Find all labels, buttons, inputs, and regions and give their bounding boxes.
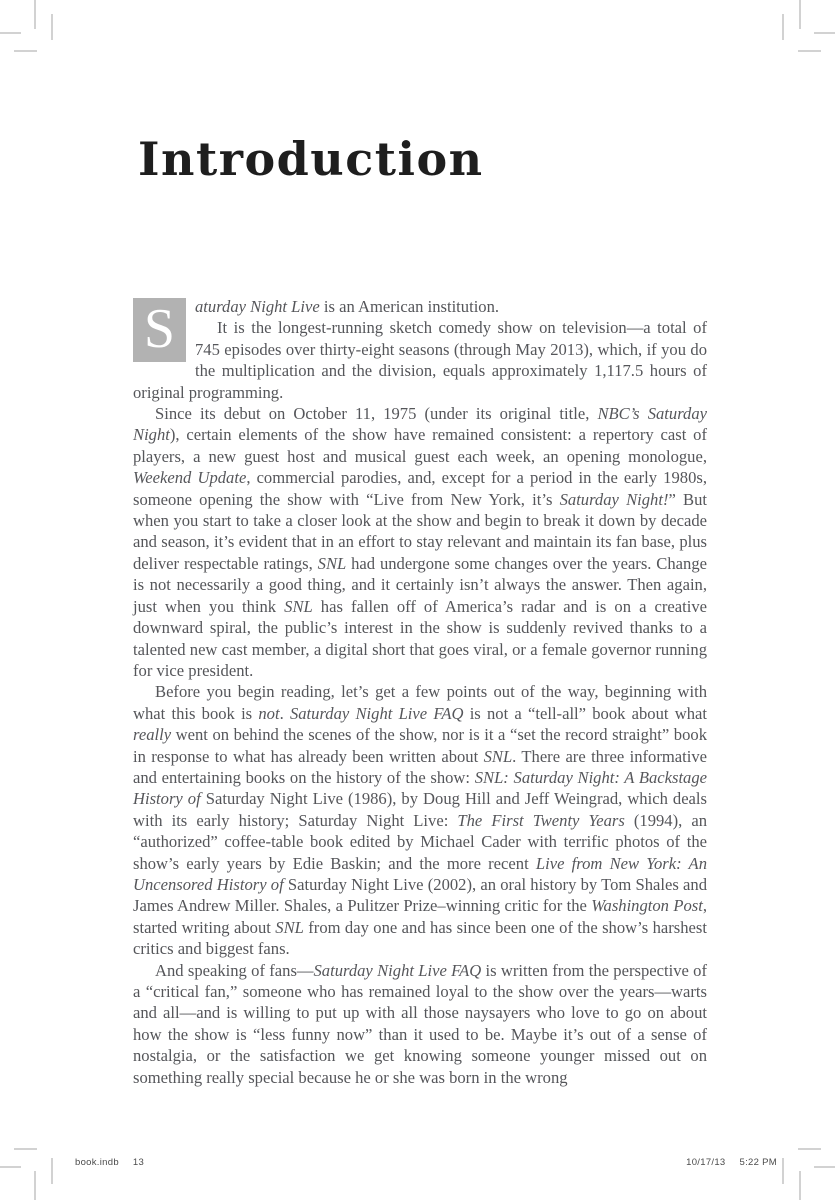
- book-page: Introduction S aturday Night Live is an …: [0, 0, 835, 1200]
- italic-run: Washington Post: [591, 896, 703, 915]
- italic-run: Saturday Night!: [560, 490, 669, 509]
- footer-page-number: 13: [133, 1157, 144, 1168]
- crop-mark: [814, 32, 835, 34]
- paragraph: Before you begin reading, let’s get a fe…: [133, 681, 707, 959]
- footer-filename: book.indb: [75, 1157, 119, 1168]
- crop-mark: [782, 14, 784, 40]
- crop-mark: [34, 0, 36, 29]
- paragraph: It is the longest-running sketch comedy …: [133, 317, 707, 403]
- footer-date: 10/17/13: [686, 1157, 725, 1168]
- crop-mark: [0, 1166, 21, 1168]
- crop-mark: [814, 1166, 835, 1168]
- footer-left: book.indb13: [75, 1157, 144, 1168]
- italic-run: Weekend Update: [133, 468, 246, 487]
- italic-run: The First Twenty Years: [457, 811, 624, 830]
- italic-run: SNL: [318, 554, 347, 573]
- footer-right: 10/17/135:22 PM: [686, 1157, 777, 1168]
- body-text: S aturday Night Live is an American inst…: [133, 296, 707, 1088]
- paragraph: And speaking of fans—Saturday Night Live…: [133, 960, 707, 1088]
- italic-run: SNL: [484, 747, 513, 766]
- italic-run: SNL: [275, 918, 304, 937]
- paragraph: Since its debut on October 11, 1975 (und…: [133, 403, 707, 681]
- italic-run: really: [133, 725, 171, 744]
- crop-mark: [799, 0, 801, 29]
- crop-mark: [51, 1158, 53, 1184]
- italic-run: Saturday Night Live FAQ: [290, 704, 464, 723]
- crop-mark: [799, 1171, 801, 1200]
- text-run: It is the longest-running sketch comedy …: [133, 318, 707, 401]
- crop-mark: [0, 32, 21, 34]
- crop-mark: [798, 1148, 821, 1150]
- italic-run: Saturday Night Live FAQ: [314, 961, 482, 980]
- crop-mark: [782, 1158, 784, 1184]
- text-run: is an American institution.: [320, 297, 499, 316]
- crop-mark: [51, 14, 53, 40]
- text-run: And speaking of fans—: [155, 961, 314, 980]
- crop-mark: [14, 50, 37, 52]
- italic-run: not: [258, 704, 279, 723]
- footer-time: 5:22 PM: [740, 1157, 777, 1168]
- drop-cap: S: [133, 298, 186, 362]
- text-run: is not a “tell-all” book about what: [463, 704, 707, 723]
- crop-mark: [798, 50, 821, 52]
- crop-mark: [14, 1148, 37, 1150]
- page-title: Introduction: [138, 132, 484, 186]
- paragraph: aturday Night Live is an American instit…: [133, 296, 707, 317]
- text-run: Since its debut on October 11, 1975 (und…: [155, 404, 597, 423]
- crop-mark: [34, 1171, 36, 1200]
- italic-run: aturday Night Live: [195, 297, 320, 316]
- text-run: .: [280, 704, 290, 723]
- text-run: ), certain elements of the show have rem…: [133, 425, 707, 465]
- italic-run: SNL: [284, 597, 313, 616]
